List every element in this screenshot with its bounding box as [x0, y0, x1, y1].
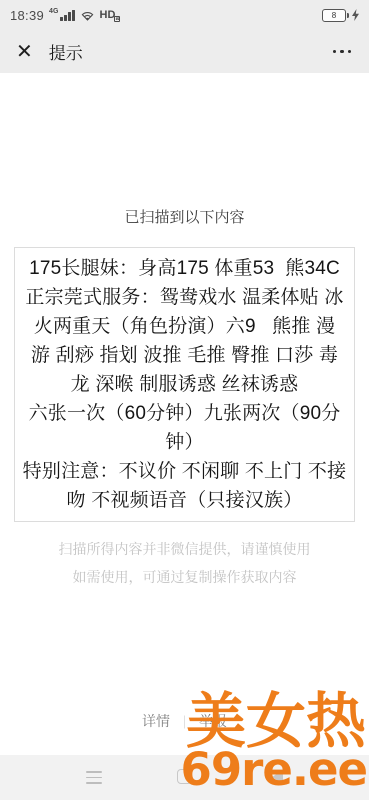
clock: 18:39 [10, 8, 44, 23]
close-icon[interactable]: ✕ [16, 42, 33, 62]
scanned-text-line: 游 刮痧 指划 波推 毛推 臀推 口莎 毒 [17, 341, 352, 370]
report-link[interactable]: 举报 [199, 711, 227, 731]
status-bar: 18:39 4G HDa 8 [0, 0, 369, 30]
details-link[interactable]: 详情 [142, 711, 170, 731]
battery-icon: 8 [322, 9, 346, 22]
more-menu-icon[interactable] [331, 44, 354, 60]
android-nav-bar [0, 755, 369, 800]
scanned-text-line: 龙 深喉 制服诱惑 丝袜诱惑 [17, 370, 352, 399]
menu-button-icon[interactable] [86, 771, 102, 784]
disclaimer-text: 扫描所得内容并非微信提供，请谨慎使用 [0, 539, 369, 559]
cellular-signal-icon: 4G [49, 10, 75, 21]
divider: ｜ [178, 712, 191, 731]
footer-links: 详情 ｜ 举报 [0, 711, 369, 731]
phone-screen: 18:39 4G HDa 8 [0, 0, 369, 800]
scanned-text-line: 175长腿妹：身高175 体重53 熊34C [17, 254, 352, 283]
scanned-text-line: 正宗莞式服务：鸳鸯戏水 温柔体贴 冰 [17, 283, 352, 312]
scanned-content-box: 175长腿妹：身高175 体重53 熊34C 正宗莞式服务：鸳鸯戏水 温柔体贴 … [14, 247, 355, 522]
back-button-icon[interactable] [272, 770, 283, 784]
page-title: 提示 [49, 39, 83, 64]
scan-result-label: 已扫描到以下内容 [0, 206, 369, 227]
disclaimer-text: 如需使用，可通过复制操作获取内容 [0, 567, 369, 587]
home-button-icon[interactable] [177, 769, 192, 784]
scanned-text-line: 火两重天（角色扮演）六9 熊推 漫 [17, 312, 352, 341]
scanned-text-line: 特别注意：不议价 不闲聊 不上门 不接 [17, 457, 352, 486]
wifi-icon [80, 9, 95, 21]
charging-bolt-icon [352, 9, 359, 21]
scanned-text-line: 钟） [17, 428, 352, 457]
scanned-text-line: 六张一次（60分钟）九张两次（90分 [17, 399, 352, 428]
hd-voice-icon: HDa [100, 9, 121, 21]
title-bar: ✕ 提示 [0, 30, 369, 73]
scanned-text-line: 吻 不视频语音（只接汉族） [17, 486, 352, 515]
